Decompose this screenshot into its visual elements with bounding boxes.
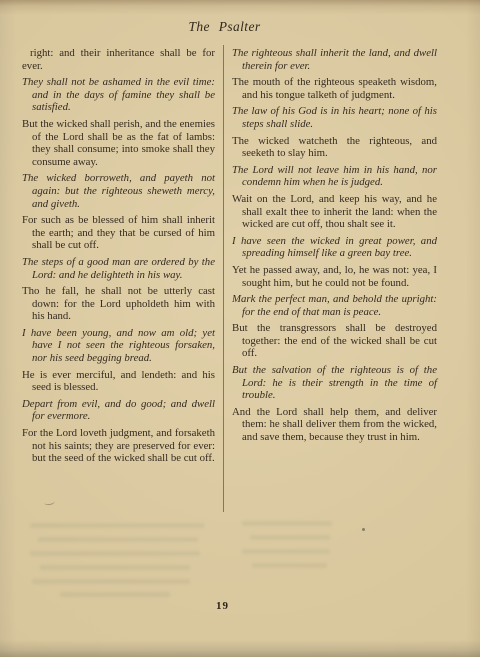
verse-paragraph: He is ever merciful, and lendeth: and hi…	[22, 369, 215, 394]
left-column: right: and their inheritance shall be fo…	[22, 47, 215, 469]
page-header-title: The Psalter	[17, 19, 432, 35]
verse-paragraph: The mouth of the righteous speaketh wisd…	[232, 76, 437, 101]
verse-paragraph: The wicked watcheth the righteous, and s…	[232, 135, 437, 160]
verse-paragraph: But the salvation of the righteous is of…	[232, 364, 437, 402]
ghost-text-line	[242, 549, 330, 554]
verse-paragraph: They shall not be ashamed in the evil ti…	[22, 76, 215, 114]
ink-speck	[362, 528, 365, 531]
verse-paragraph: I have been young, and now am old; yet h…	[22, 327, 215, 365]
page-number: 19	[15, 600, 430, 612]
ghost-text-line	[242, 521, 332, 526]
verse-paragraph: Wait on the Lord, and keep his way, and …	[232, 193, 437, 231]
verse-paragraph: Tho he fall, he shall not be utterly cas…	[22, 285, 215, 323]
verse-paragraph: The wicked borroweth, and payeth not aga…	[22, 172, 215, 210]
verse-paragraph: right: and their inheritance shall be fo…	[22, 47, 215, 72]
pencil-tick-mark	[44, 498, 56, 506]
verse-paragraph: The Lord will not leave him in his hand,…	[232, 164, 437, 189]
verse-paragraph: And the Lord shall help them, and delive…	[232, 406, 437, 444]
ghost-text-line	[40, 565, 190, 570]
book-page: The Psalter right: and their inheritance…	[0, 0, 480, 657]
verse-paragraph: But the wicked shall perish, and the ene…	[22, 118, 215, 168]
ghost-text-line	[252, 563, 327, 568]
verse-paragraph: Yet he passed away, and, lo, he was not:…	[232, 264, 437, 289]
column-divider-rule	[223, 45, 224, 512]
verse-paragraph: For such as be blessed of him shall inhe…	[22, 214, 215, 252]
verse-paragraph: Mark the perfect man, and behold the upr…	[232, 293, 437, 318]
verse-paragraph: I have seen the wicked in great power, a…	[232, 235, 437, 260]
ghost-text-line	[250, 535, 330, 540]
verse-paragraph: The steps of a good man are ordered by t…	[22, 256, 215, 281]
ghost-text-line	[30, 523, 205, 528]
ghost-text-line	[32, 579, 190, 584]
verse-paragraph: Depart from evil, and do good; and dwell…	[22, 398, 215, 423]
right-column: The righteous shall inherit the land, an…	[232, 47, 437, 448]
verse-paragraph: The righteous shall inherit the land, an…	[232, 47, 437, 72]
verse-paragraph: The law of his God is in his heart; none…	[232, 105, 437, 130]
ghost-text-line	[38, 537, 198, 542]
ghost-text-line	[60, 592, 170, 597]
verse-paragraph: But the transgressors shall be destroyed…	[232, 322, 437, 360]
ghost-text-line	[30, 551, 200, 556]
verse-paragraph: For the Lord loveth judgment, and forsak…	[22, 427, 215, 465]
